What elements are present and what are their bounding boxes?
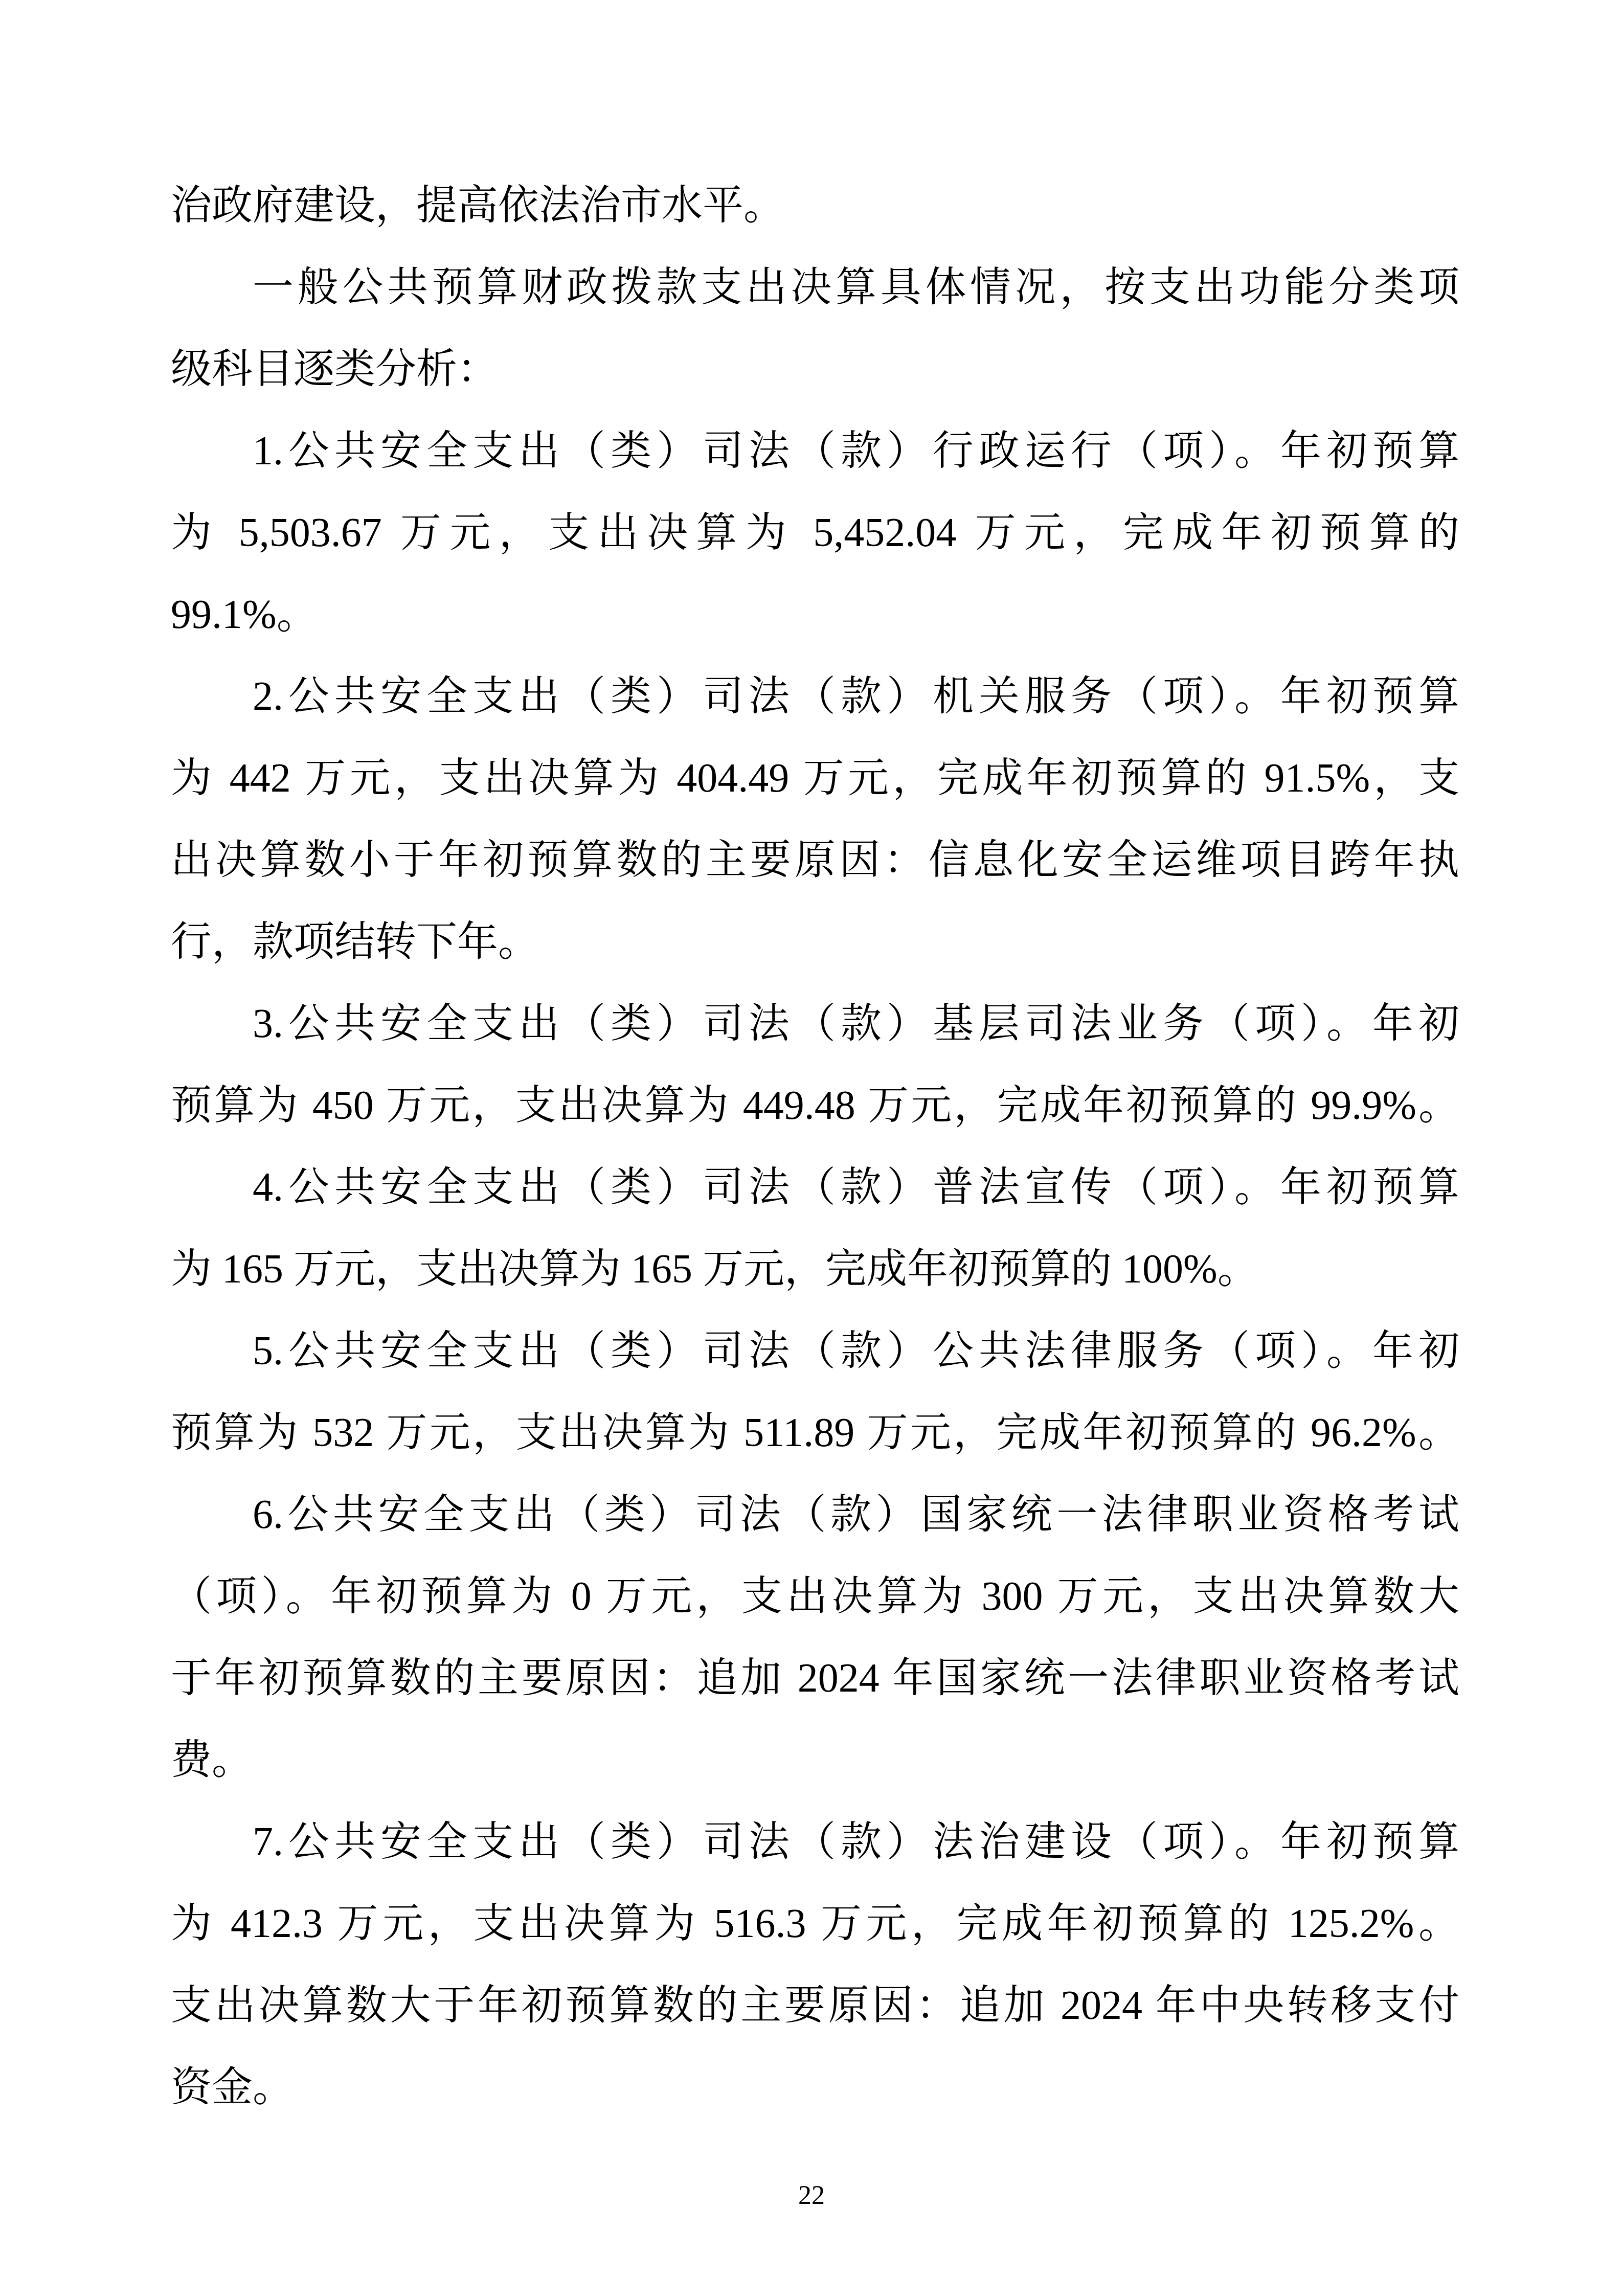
text-line-4: 1.公共安全支出（类）司法（款）行政运行（项）。年初预算 [171,410,1459,492]
text-line-9: 出决算数小于年初预算数的主要原因：信息化安全运维项目跨年执 [171,819,1459,901]
text-line-15: 5.公共安全支出（类）司法（款）公共法律服务（项）。年初 [171,1310,1459,1392]
page-footer: 22 [0,2179,1623,2212]
text-line-24: 资金。 [171,2046,1459,2128]
text-line-20: 费。 [171,1719,1459,1801]
text-line-3: 级科目逐类分析： [171,328,1459,410]
text-line-17: 6.公共安全支出（类）司法（款）国家统一法律职业资格考试 [171,1474,1459,1556]
text-line-7: 2.公共安全支出（类）司法（款）机关服务（项）。年初预算 [171,656,1459,737]
text-line-6: 99.1%。 [171,574,1459,656]
text-line-2: 一般公共预算财政拨款支出决算具体情况，按支出功能分类项 [171,246,1459,328]
text-line-18: （项）。年初预算为 0 万元，支出决算为 300 万元，支出决算数大 [171,1556,1459,1637]
text-line-10: 行，款项结转下年。 [171,901,1459,983]
document-page: 治政府建设，提高依法治市水平。一般公共预算财政拨款支出决算具体情况，按支出功能分… [0,0,1623,2296]
text-line-21: 7.公共安全支出（类）司法（款）法治建设（项）。年初预算 [171,1801,1459,1883]
text-line-11: 3.公共安全支出（类）司法（款）基层司法业务（项）。年初 [171,983,1459,1065]
text-line-14: 为 165 万元，支出决算为 165 万元，完成年初预算的 100%。 [171,1228,1459,1310]
text-line-12: 预算为 450 万元，支出决算为 449.48 万元，完成年初预算的 99.9%… [171,1065,1459,1146]
text-line-1: 治政府建设，提高依法治市水平。 [171,165,1459,246]
page-number-value: 22 [798,2181,825,2210]
text-line-23: 支出决算数大于年初预算数的主要原因：追加 2024 年中央转移支付 [171,1965,1459,2046]
text-line-5: 为 5,503.67 万元，支出决算为 5,452.04 万元，完成年初预算的 [171,492,1459,574]
text-line-8: 为 442 万元，支出决算为 404.49 万元，完成年初预算的 91.5%，支 [171,737,1459,819]
text-line-16: 预算为 532 万元，支出决算为 511.89 万元，完成年初预算的 96.2%… [171,1392,1459,1474]
text-line-19: 于年初预算数的主要原因：追加 2024 年国家统一法律职业资格考试 [171,1637,1459,1719]
document-body-text: 治政府建设，提高依法治市水平。一般公共预算财政拨款支出决算具体情况，按支出功能分… [171,165,1459,2128]
text-line-22: 为 412.3 万元，支出决算为 516.3 万元，完成年初预算的 125.2%… [171,1883,1459,1965]
text-line-13: 4.公共安全支出（类）司法（款）普法宣传（项）。年初预算 [171,1146,1459,1228]
